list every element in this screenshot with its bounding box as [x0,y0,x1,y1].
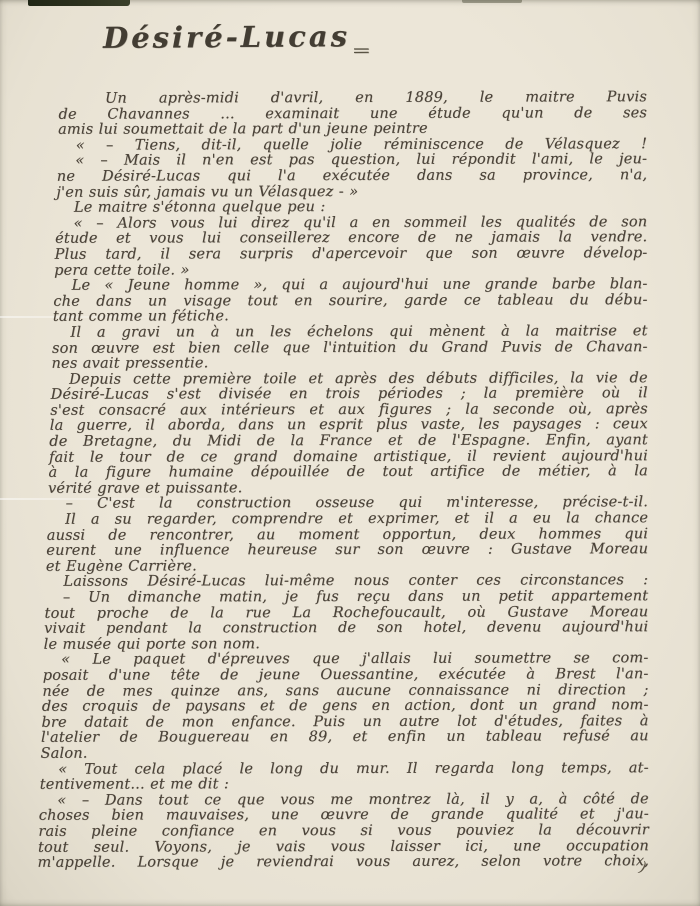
text-line: Plus tard, il sera surpris d'apercevoir … [55,246,648,263]
scan-edge-artifact-right [462,0,522,3]
manuscript-page: Désiré-Lucas‗ Un après-midi d'avril, en … [0,0,700,906]
text-line: vivait pendant la construction de son ho… [44,620,648,637]
text-line: « Tout cela placé le long du mur. Il reg… [40,761,649,778]
text-line: che dans un visage tout en sourire, gard… [53,293,647,310]
scan-edge-artifact [28,0,130,6]
title-underline-mark: ‗ [354,19,369,53]
text-line: l'atelier de Bouguereau en 89, et enfin … [41,730,649,747]
page-title: Désiré-Lucas‗ [103,19,369,55]
manuscript-text: Un après-midi d'avril, en 1889, le maitr… [35,90,649,871]
text-line: ne Désiré-Lucas qui l'a exécutée dans sa… [57,168,647,185]
text-line: son œuvre est bien celle que l'intuition… [52,340,648,357]
text-line: m'appelle. Lorsque je reviendrai vous au… [37,854,649,871]
page-title-text: Désiré-Lucas [103,19,350,55]
text-line: à la figure humaine dépouillée de tout a… [48,464,648,481]
text-line: j'en suis sûr, jamais vu un Vélasquez - … [56,184,647,201]
text-line: eurent une influence heureuse sur son œu… [46,542,648,559]
